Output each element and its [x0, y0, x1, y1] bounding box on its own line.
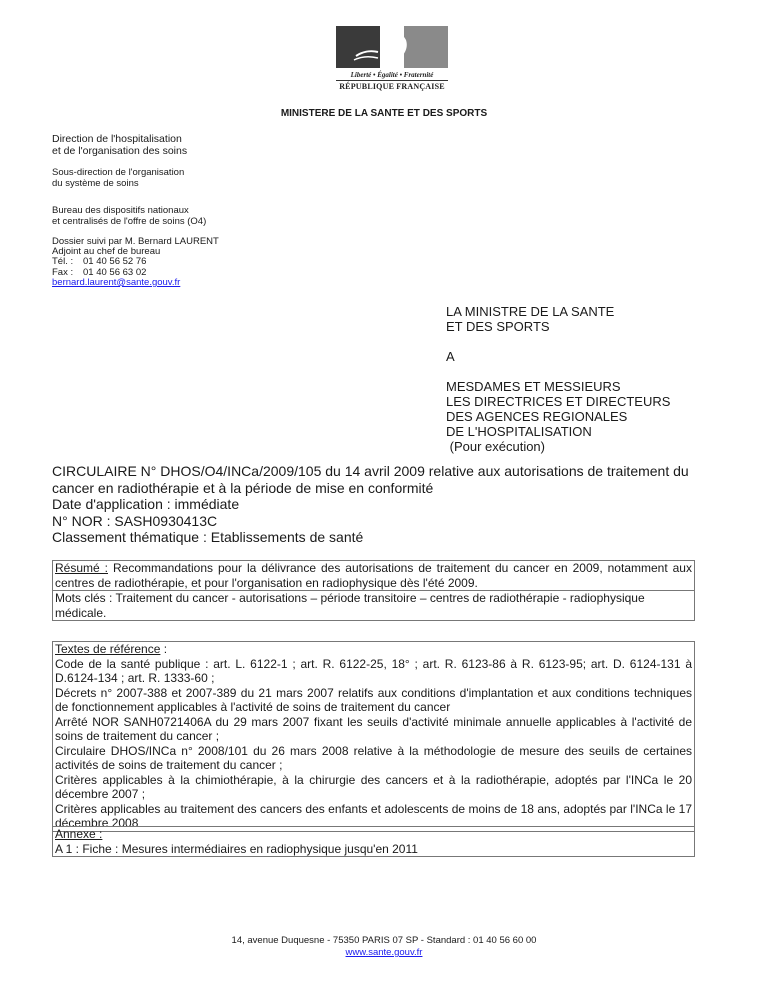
sub-direction-block: Sous-direction de l'organisation du syst…: [52, 167, 184, 189]
page-footer: 14, avenue Duquesne - 75350 PARIS 07 SP …: [0, 935, 768, 959]
circular-header: CIRCULAIRE N° DHOS/O4/INCa/2009/105 du 1…: [52, 463, 702, 546]
annex-box: Annexe : A 1 : Fiche : Mesures intermédi…: [52, 826, 695, 857]
bureau-block: Bureau des dispositifs nationaux et cent…: [52, 205, 206, 227]
sub-direction-line: du système de soins: [52, 178, 184, 189]
recipient-line: MESDAMES ET MESSIEURS: [446, 379, 670, 394]
summary-label: Résumé :: [55, 561, 108, 575]
direction-line: et de l'organisation des soins: [52, 145, 187, 157]
addressee-block: LA MINISTRE DE LA SANTE ET DES SPORTS A …: [446, 304, 670, 454]
summary-text: Recommandations pour la délivrance des a…: [55, 561, 692, 590]
annex-label: Annexe :: [55, 827, 102, 841]
footer-address: 14, avenue Duquesne - 75350 PARIS 07 SP …: [0, 935, 768, 947]
reference-item: Décrets n° 2007-388 et 2007-389 du 21 ma…: [55, 686, 692, 715]
references-label-suffix: :: [160, 642, 167, 656]
direction-block: Direction de l'hospitalisation et de l'o…: [52, 133, 187, 157]
execution-note: (Pour exécution): [446, 439, 670, 454]
ministry-heading: MINISTERE DE LA SANTE ET DES SPORTS: [0, 108, 768, 119]
marianne-logo-icon: [336, 26, 448, 68]
website-link[interactable]: www.sante.gouv.fr: [346, 947, 423, 958]
sub-direction-line: Sous-direction de l'organisation: [52, 167, 184, 178]
from-line: LA MINISTRE DE LA SANTE: [446, 304, 670, 319]
recipient-line: LES DIRECTRICES ET DIRECTEURS: [446, 394, 670, 409]
recipient-line: DES AGENCES REGIONALES: [446, 409, 670, 424]
contact-block: Dossier suivi par M. Bernard LAURENT Adj…: [52, 237, 219, 288]
nor-number: N° NOR : SASH0930413C: [52, 513, 702, 530]
references-box: Textes de référence : Code de la santé p…: [52, 641, 695, 832]
summary-box: Résumé : Recommandations pour la délivra…: [52, 560, 695, 621]
annex-item: A 1 : Fiche : Mesures intermédiaires en …: [55, 842, 692, 857]
to-line: A: [446, 349, 670, 364]
references-label: Textes de référence: [55, 642, 160, 656]
direction-line: Direction de l'hospitalisation: [52, 133, 187, 145]
keywords-section: Mots clés : Traitement du cancer - autor…: [53, 590, 694, 620]
reference-item: Critères applicables à la chimiothérapie…: [55, 773, 692, 802]
references-section: Textes de référence : Code de la santé p…: [53, 642, 694, 831]
reference-item: Circulaire DHOS/INCa n° 2008/101 du 26 m…: [55, 744, 692, 773]
annex-section: Annexe : A 1 : Fiche : Mesures intermédi…: [53, 827, 694, 856]
from-line: ET DES SPORTS: [446, 319, 670, 334]
bureau-line: Bureau des dispositifs nationaux: [52, 205, 206, 216]
republic-name: RÉPUBLIQUE FRANÇAISE: [336, 82, 448, 91]
classement: Classement thématique : Etablissements d…: [52, 529, 702, 546]
republique-francaise-logo: Liberté • Égalité • Fraternité RÉPUBLIQU…: [336, 14, 448, 92]
date-application: Date d'application : immédiate: [52, 496, 702, 513]
recipient-line: DE L'HOSPITALISATION: [446, 424, 670, 439]
motto-text: Liberté • Égalité • Fraternité: [336, 71, 448, 81]
circular-title: CIRCULAIRE N° DHOS/O4/INCa/2009/105 du 1…: [52, 463, 702, 496]
reference-item: Code de la santé publique : art. L. 6122…: [55, 657, 692, 686]
reference-item: Arrêté NOR SANH0721406A du 29 mars 2007 …: [55, 715, 692, 744]
summary-section: Résumé : Recommandations pour la délivra…: [53, 561, 694, 590]
email-link[interactable]: bernard.laurent@sante.gouv.fr: [52, 277, 180, 288]
bureau-line: et centralisés de l'offre de soins (O4): [52, 216, 206, 227]
